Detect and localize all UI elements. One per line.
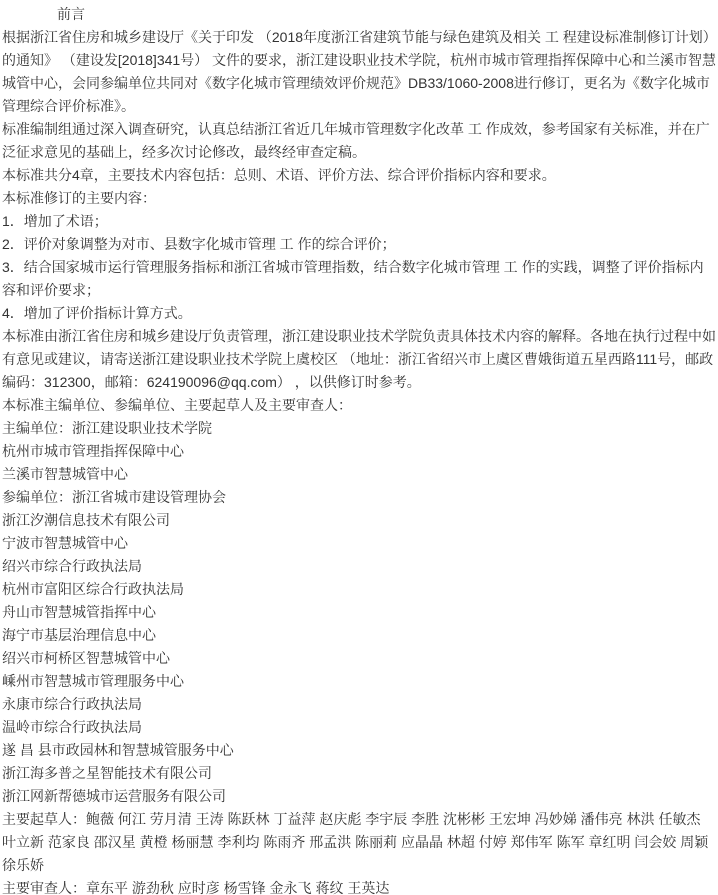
text-line: 编码：312300，邮箱：624190096@qq.com） ，以供修订时参考。 — [2, 371, 718, 394]
text-line: 管理综合评价标准》。 — [2, 95, 718, 118]
text-line-list-item: 4．增加了评价指标计算方式。 — [2, 302, 718, 325]
text-line: 城管中心，会同参编单位共同对《数字化城市管理绩效评价规范》DB33/1060-2… — [2, 72, 718, 95]
participating-unit-line: 遂 昌 县市政园林和智慧城管服务中心 — [2, 739, 718, 762]
participating-unit-line: 舟山市智慧城管指挥中心 — [2, 601, 718, 624]
text-line-list-item: 2．评价对象调整为对市、县数字化城市管理 工 作的综合评价； — [2, 233, 718, 256]
text-line: 本标准修订的主要内容： — [2, 187, 718, 210]
preface-document: 前言 根据浙江省住房和城乡建设厅《关于印发 （2018年度浙江省建筑节能与绿色建… — [0, 0, 718, 895]
text-line-list-item: 3．结合国家城市运行管理服务指标和浙江省城市管理指数，结合数字化城市管理 工 作… — [2, 256, 718, 279]
participating-unit-line: 浙江网新帮德城市运营服务有限公司 — [2, 785, 718, 808]
text-line-list-item: 容和评价要求； — [2, 279, 718, 302]
text-line: 泛征求意见的基础上，经多次讨论修改，最终经审查定稿。 — [2, 141, 718, 164]
drafters-line: 主要起草人：鲍薇 何江 劳月清 王涛 陈跃林 丁益萍 赵庆彪 李宇辰 李胜 沈彬… — [2, 808, 718, 831]
participating-unit-line: 参编单位：浙江省城市建设管理协会 — [2, 486, 718, 509]
participating-unit-line: 杭州市富阳区综合行政执法局 — [2, 578, 718, 601]
text-line: 本标准由浙江省住房和城乡建设厅负责管理，浙江建设职业技术学院负责具体技术内容的解… — [2, 325, 718, 348]
participating-unit-line: 嵊州市智慧城市管理服务中心 — [2, 670, 718, 693]
participating-unit-line: 浙江汐潮信息技术有限公司 — [2, 509, 718, 532]
text-line: 本标准主编单位、参编单位、主要起草人及主要审查人： — [2, 394, 718, 417]
text-line: 根据浙江省住房和城乡建设厅《关于印发 （2018年度浙江省建筑节能与绿色建筑及相… — [2, 26, 718, 49]
participating-unit-line: 绍兴市综合行政执法局 — [2, 555, 718, 578]
chief-editor-unit-line: 杭州市城市管理指挥保障中心 — [2, 440, 718, 463]
drafters-line: 徐乐娇 — [2, 854, 718, 877]
text-line: 标准编制组通过深入调查研究，认真总结浙江省近几年城市管理数字化改革 工 作成效，… — [2, 118, 718, 141]
participating-unit-line: 绍兴市柯桥区智慧城管中心 — [2, 647, 718, 670]
text-line: 有意见或建议，请寄送浙江建设职业技术学院上虞校区 （地址：浙江省绍兴市上虞区曹娥… — [2, 348, 718, 371]
text-line-list-item: 1．增加了术语； — [2, 210, 718, 233]
chief-editor-unit-line: 主编单位：浙江建设职业技术学院 — [2, 417, 718, 440]
preface-heading: 前言 — [2, 3, 718, 26]
drafters-line: 叶立新 范家良 邵汉星 黄橙 杨丽慧 李利均 陈雨齐 邢孟洪 陈丽莉 应晶晶 林… — [2, 831, 718, 854]
participating-unit-line: 海宁市基层治理信息中心 — [2, 624, 718, 647]
participating-unit-line: 宁波市智慧城管中心 — [2, 532, 718, 555]
reviewers-line: 主要审查人：章东平 游劲秋 应时彦 杨雪锋 金永飞 蒋纹 王英达 — [2, 877, 718, 895]
text-line: 的通知》 （建设发[2018]341号） 文件的要求，浙江建设职业技术学院，杭州… — [2, 49, 718, 72]
text-line: 本标准共分4章，主要技术内容包括：总则、术语、评价方法、综合评价指标内容和要求。 — [2, 164, 718, 187]
chief-editor-unit-line: 兰溪市智慧城管中心 — [2, 463, 718, 486]
participating-unit-line: 永康市综合行政执法局 — [2, 693, 718, 716]
participating-unit-line: 温岭市综合行政执法局 — [2, 716, 718, 739]
participating-unit-line: 浙江海多普之星智能技术有限公司 — [2, 762, 718, 785]
